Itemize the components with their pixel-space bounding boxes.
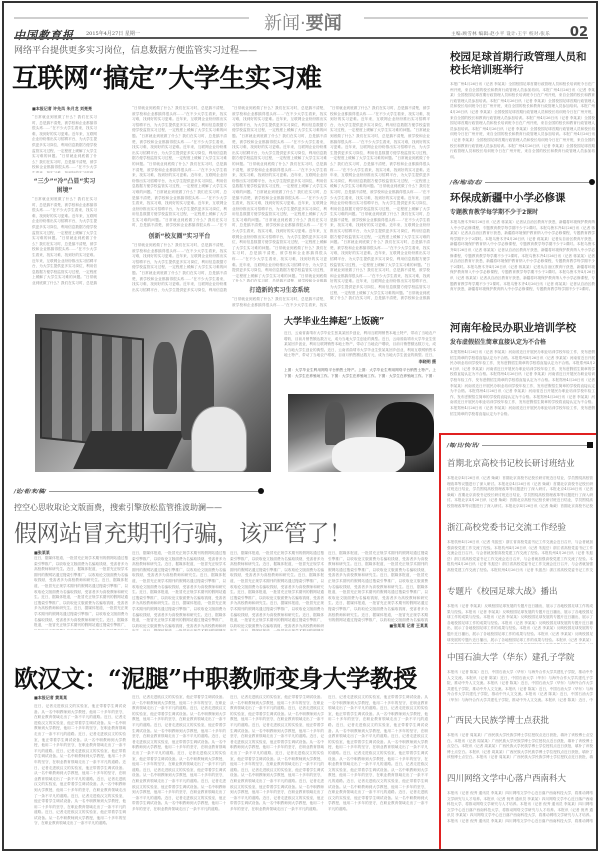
brief-headline[interactable]: 首期北京高校书记校长研讨班结业 bbox=[447, 459, 593, 470]
article-body: “日常就业到底做了什么？我们在实习时，总是搞不清楚，被学校和企业都搞得很头疼……… bbox=[32, 115, 97, 173]
article-body: 本报乌鲁木齐4月26日讯（记者 蒋某某）记者从自治区教育厅获悉，新疆将环境保护教… bbox=[450, 220, 595, 325]
profile-column-3: 近日，记者走进欧汉文的实验室，他正带着学生调试设备。从一名中职教师到大学教授，他… bbox=[230, 695, 324, 845]
brief-body: 本报讯（记者 倪秀 通讯员 李某某）四川网络文学中心近日落户西南科技大学，将推动… bbox=[447, 791, 593, 825]
kicker-text: 控空心思收取论文版面费，搜索引擎放松监管推波助澜—— bbox=[14, 502, 222, 513]
article-body: 近日，据媒体报道，一批冒充正规学术期刊的假网站通过搜索引擎推广，以收取论文版面费… bbox=[34, 556, 128, 630]
lead-headline[interactable]: 互联网“搞定”大学生实习难 bbox=[12, 58, 321, 95]
story-headline[interactable]: 河南年检民办职业培训学校 bbox=[450, 322, 595, 335]
article-body: “日常就业到底做了什么？我们在实习时，总是搞不清楚，被学校和企业都搞得很头疼……… bbox=[132, 106, 227, 228]
article-body: “日常就业到底做了什么？我们在实习时，总是搞不清楚，被学校和企业都搞得很头疼……… bbox=[330, 106, 430, 301]
article-body: 近日，据媒体报道，一批冒充正规学术期刊的假网站通过搜索引擎推广，以收取论文版面费… bbox=[328, 551, 428, 623]
photo-feature-headline[interactable]: 大学毕业生捧起“上饭碗” bbox=[284, 317, 436, 328]
brief-headline[interactable]: 四川网络文学中心落户西南科大 bbox=[447, 774, 593, 785]
kicker-text: 网络平台提供更多实习岗位，信息数据方便监管实习过程—— bbox=[14, 43, 257, 56]
brief-item[interactable]: 广西民大民族学博士点获批 本报讯（记者 周某某）广西民族大学民族学博士学位授权点… bbox=[447, 710, 593, 761]
news-briefs-highlight[interactable]: /每/日/快/讯/ 首期北京高校书记校长研讨班结业 本报北京4月26日讯（记者 … bbox=[439, 433, 598, 851]
photo-keyboard bbox=[73, 431, 185, 469]
brief-body: 本报讯（记者 周某某）广西民族大学民族学博士学位授权点近日获批，填补了该校博士点… bbox=[447, 733, 593, 761]
story-headline[interactable]: 校园足球首期行政管理人员和校长培训班举行 bbox=[450, 51, 595, 77]
photographer-credit: 李晓明 摄 bbox=[284, 359, 436, 365]
article-body: 近日，据媒体报道，一批冒充正规学术期刊的假网站通过搜索引擎推广，以收取论文版面费… bbox=[230, 551, 324, 631]
brief-item[interactable]: 浙江高校党委书记交流工作经验 本报杭州4月26日讯（记者 朱振岳）浙江省高校党委… bbox=[447, 517, 593, 574]
section-label-rule: /论/者/来/稿/ bbox=[14, 487, 264, 495]
profile-column-4: 近日，记者走进欧汉文的实验室，他正带着学生调试设备。从一名中职教师到大学教授，他… bbox=[328, 695, 428, 845]
bullet-dot bbox=[589, 179, 595, 185]
headline-text[interactable]: 欧汉文：“泥腿”中职教师变身大学教授 bbox=[14, 659, 417, 694]
photo-person bbox=[325, 402, 345, 445]
masthead: 中国教育报 2015年4月27日 星期一 新闻·要闻 主编:顾雪林 编辑:赵小平… bbox=[14, 13, 588, 37]
article-body: 近日，记者走进欧汉文的实验室，他正带着学生调试设备。从一名中职教师到大学教授，他… bbox=[328, 695, 428, 845]
photo-jar bbox=[191, 406, 248, 472]
brief-item[interactable]: 中国石油大学（华东）建孔子学院 本报讯（记者 陈某）近日，中国石油大学（华东）与… bbox=[447, 647, 593, 704]
brief-body: 本报北京4月26日讯（记者 柴葳）首期北京高校书记校长研讨班近日结业，学员围绕高… bbox=[447, 476, 593, 510]
article-body: 近日，记者走进欧汉文的实验室，他正带着学生调试设备。从一名中职教师到大学教授，他… bbox=[132, 695, 226, 845]
author-credit: ■张某某 记者 王某某 bbox=[328, 623, 428, 629]
headline-text[interactable]: 互联网“搞定”大学生实习难 bbox=[12, 58, 321, 95]
right-story-1: 校园足球首期行政管理人员和校长培训班举行 本报广州4月26日讯（记者 李某某）全… bbox=[450, 51, 595, 192]
section-label: /各/地/动/态/ bbox=[450, 178, 485, 186]
headline-text[interactable]: 假网站冒充期刊行骗，该严管了！ bbox=[14, 515, 352, 548]
photo-feature: 大学毕业生捧起“上饭碗” 近日，云南省曲靖市大学毕业生张某某回乡创业，利用互联网… bbox=[284, 317, 436, 380]
brief-item[interactable]: 首期北京高校书记校长研讨班结业 本报北京4月26日讯（记者 柴葳）首期北京高校书… bbox=[447, 453, 593, 510]
brief-headline[interactable]: 专题片《校园足球大战》播出 bbox=[447, 587, 593, 598]
article-body: “日常就业到底做了什么？我们在实习时，总是搞不清楚，被学校和企业都搞得很头疼……… bbox=[232, 297, 327, 307]
section-title: 新闻·要闻 bbox=[264, 9, 342, 35]
lead-kicker: 网络平台提供更多实习岗位，信息数据方便监管实习过程—— bbox=[14, 43, 257, 56]
lead-column-2: “日常就业到底做了什么？我们在实习时，总是搞不清楚，被学校和企业都搞得很头疼……… bbox=[132, 106, 227, 306]
news-photo-main bbox=[35, 314, 271, 472]
lead-column-3: “日常就业到底做了什么？我们在实习时，总是搞不清楚，被学校和企业都搞得很头疼……… bbox=[232, 106, 327, 306]
newspaper-page: 中国教育报 2015年4月27日 星期一 新闻·要闻 主编:顾雪林 编辑:赵小平… bbox=[2, 1, 598, 851]
news-photo-secondary bbox=[288, 394, 434, 472]
rule-line bbox=[14, 491, 258, 492]
brief-headline[interactable]: 广西民大民族学博士点获批 bbox=[447, 716, 593, 727]
right-story-2: 环保成新疆中小学必修课 专题教育教学每学期不少于2课时 本报乌鲁木齐4月26日讯… bbox=[450, 192, 595, 325]
story-subhead: 专题教育教学每学期不少于2课时 bbox=[450, 207, 595, 216]
profile-headline[interactable]: 欧汉文：“泥腿”中职教师变身大学教授 bbox=[14, 659, 417, 694]
section-label: /每/日/快/讯/ bbox=[447, 441, 482, 449]
profile-column-1: ■本报记者 黄某某 近日，记者走进欧汉文的实验室，他正带着学生调试设备。从一名中… bbox=[34, 695, 126, 845]
story-headline[interactable]: 环保成新疆中小学必修课 bbox=[450, 192, 595, 205]
photo-caption: 下图：大学生在养殖场工作。下图：大学生在养殖场工作。下图：大学生在养殖场工作。下… bbox=[284, 374, 436, 380]
byline: ■本报记者 黄某某 bbox=[34, 695, 126, 701]
newspaper-logo: 中国教育报 bbox=[14, 27, 74, 43]
commentary-headline[interactable]: 假网站冒充期刊行骗，该严管了！ bbox=[14, 515, 352, 548]
brief-headline[interactable]: 中国石油大学（华东）建孔子学院 bbox=[447, 653, 593, 664]
subhead: 打造新的实习生态系统 bbox=[232, 285, 327, 294]
brief-body: 本报讯（记者 陈某）近日，中国石油大学（华东）与海外合作大学共建孔子学院，推动中… bbox=[447, 670, 593, 704]
section-label-rule: /每/日/快/讯/ bbox=[447, 441, 593, 449]
section-label: /论/者/来/稿/ bbox=[14, 487, 49, 495]
article-body: 近日，记者走进欧汉文的实验室，他正带着学生调试设备。从一名中职教师到大学教授，他… bbox=[34, 704, 126, 844]
story-subhead: 发布虚假招生简章直接认定为不合格 bbox=[450, 337, 595, 346]
subhead: “三少”“冷”凸显“实习困境” bbox=[32, 176, 97, 194]
photo-feature-body: 近日，云南省曲靖市大学毕业生张某某回乡创业，利用互联网销售本地土特产，带动了当地… bbox=[284, 331, 436, 359]
commentary-column-3: 近日，据媒体报道，一批冒充正规学术期刊的假网站通过搜索引擎推广，以收取论文版面费… bbox=[230, 551, 324, 631]
section-subname: 要闻 bbox=[306, 13, 342, 34]
commentary-kicker: 控空心思收取论文版面费，搜索引擎放松监管推波助澜—— bbox=[14, 502, 222, 513]
lead-column-4: “日常就业到底做了什么？我们在实习时，总是搞不清楚，被学校和企业都搞得很头疼……… bbox=[330, 106, 430, 306]
article-body: 本报广州4月26日讯（记者 李某某）全国校园足球首期行政管理人员和校长培训班今日… bbox=[450, 82, 595, 192]
right-story-3: 河南年检民办职业培训学校 发布虚假招生简章直接认定为不合格 本报郑州4月26日讯… bbox=[450, 322, 595, 422]
brief-item[interactable]: 四川网络文学中心落户西南科大 本报讯（记者 倪秀 通讯员 李某某）四川网络文学中… bbox=[447, 768, 593, 825]
brief-body: 本报讯（记者 李某某）反映校园足球发展的专题片近日播出，展示了各地校园足球工作的… bbox=[447, 604, 593, 644]
commentary-column-2: 近日，据媒体报道，一批冒充正规学术期刊的假网站通过搜索引擎推广，以收取论文版面费… bbox=[132, 551, 226, 631]
section-name: 新闻 bbox=[264, 13, 300, 34]
article-body: “日常就业到底做了什么？我们在实习时，总是搞不清楚，被学校和企业都搞得很头疼……… bbox=[232, 106, 327, 282]
byline: ■本报记者 许先凤 朱月龙 刘亮亮 bbox=[32, 106, 97, 112]
commentary-column-4: 近日，据媒体报道，一批冒充正规学术期刊的假网站通过搜索引擎推广，以收取论文版面费… bbox=[328, 551, 428, 633]
profile-column-2: 近日，记者走进欧汉文的实验室，他正带着学生调试设备。从一名中职教师到大学教授，他… bbox=[132, 695, 226, 845]
article-body: 近日，据媒体报道，一批冒充正规学术期刊的假网站通过搜索引擎推广，以收取论文版面费… bbox=[132, 551, 226, 631]
photo-cow bbox=[332, 437, 405, 472]
masthead-rule bbox=[14, 17, 249, 19]
square-bullet bbox=[587, 442, 593, 448]
article-body: “日常就业到底做了什么？我们在实习时，总是搞不清楚，被学校和企业都搞得很头疼……… bbox=[32, 197, 97, 287]
brief-headline[interactable]: 浙江高校党委书记交流工作经验 bbox=[447, 523, 593, 534]
commentary-column-1: ■张某某 近日，据媒体报道，一批冒充正规学术期刊的假网站通过搜索引擎推广，以收取… bbox=[34, 550, 128, 632]
article-body: “日常就业到底做了什么？我们在实习时，总是搞不清楚，被学校和企业都搞得很头疼……… bbox=[132, 243, 227, 293]
section-label-rule: /各/地/动/态/ bbox=[450, 178, 595, 186]
photo-person bbox=[153, 342, 177, 413]
subhead: 创新“校友圈”实习平台 bbox=[132, 231, 227, 240]
article-body: 本报郑州4月26日讯（记者 李某某）河南省近日开展民办职业培训学校年检工作，发布… bbox=[450, 350, 595, 422]
issue-date: 2015年4月27日 星期一 bbox=[86, 30, 140, 37]
bullet-dot bbox=[258, 488, 264, 494]
article-body: 近日，记者走进欧汉文的实验室，他正带着学生调试设备。从一名中职教师到大学教授，他… bbox=[230, 695, 324, 845]
masthead-bottom-rule bbox=[14, 37, 588, 39]
brief-item[interactable]: 专题片《校园足球大战》播出 本报讯（记者 李某某）反映校园足球发展的专题片近日播… bbox=[447, 581, 593, 644]
brief-body: 本报杭州4月26日讯（记者 朱振岳）浙江省高校党委书记工作交流会近日召开，与会者… bbox=[447, 540, 593, 574]
lead-column-1: ■本报记者 许先凤 朱月龙 刘亮亮 “日常就业到底做了什么？我们在实习时，总是搞… bbox=[32, 106, 97, 306]
masthead-rule bbox=[364, 17, 588, 19]
